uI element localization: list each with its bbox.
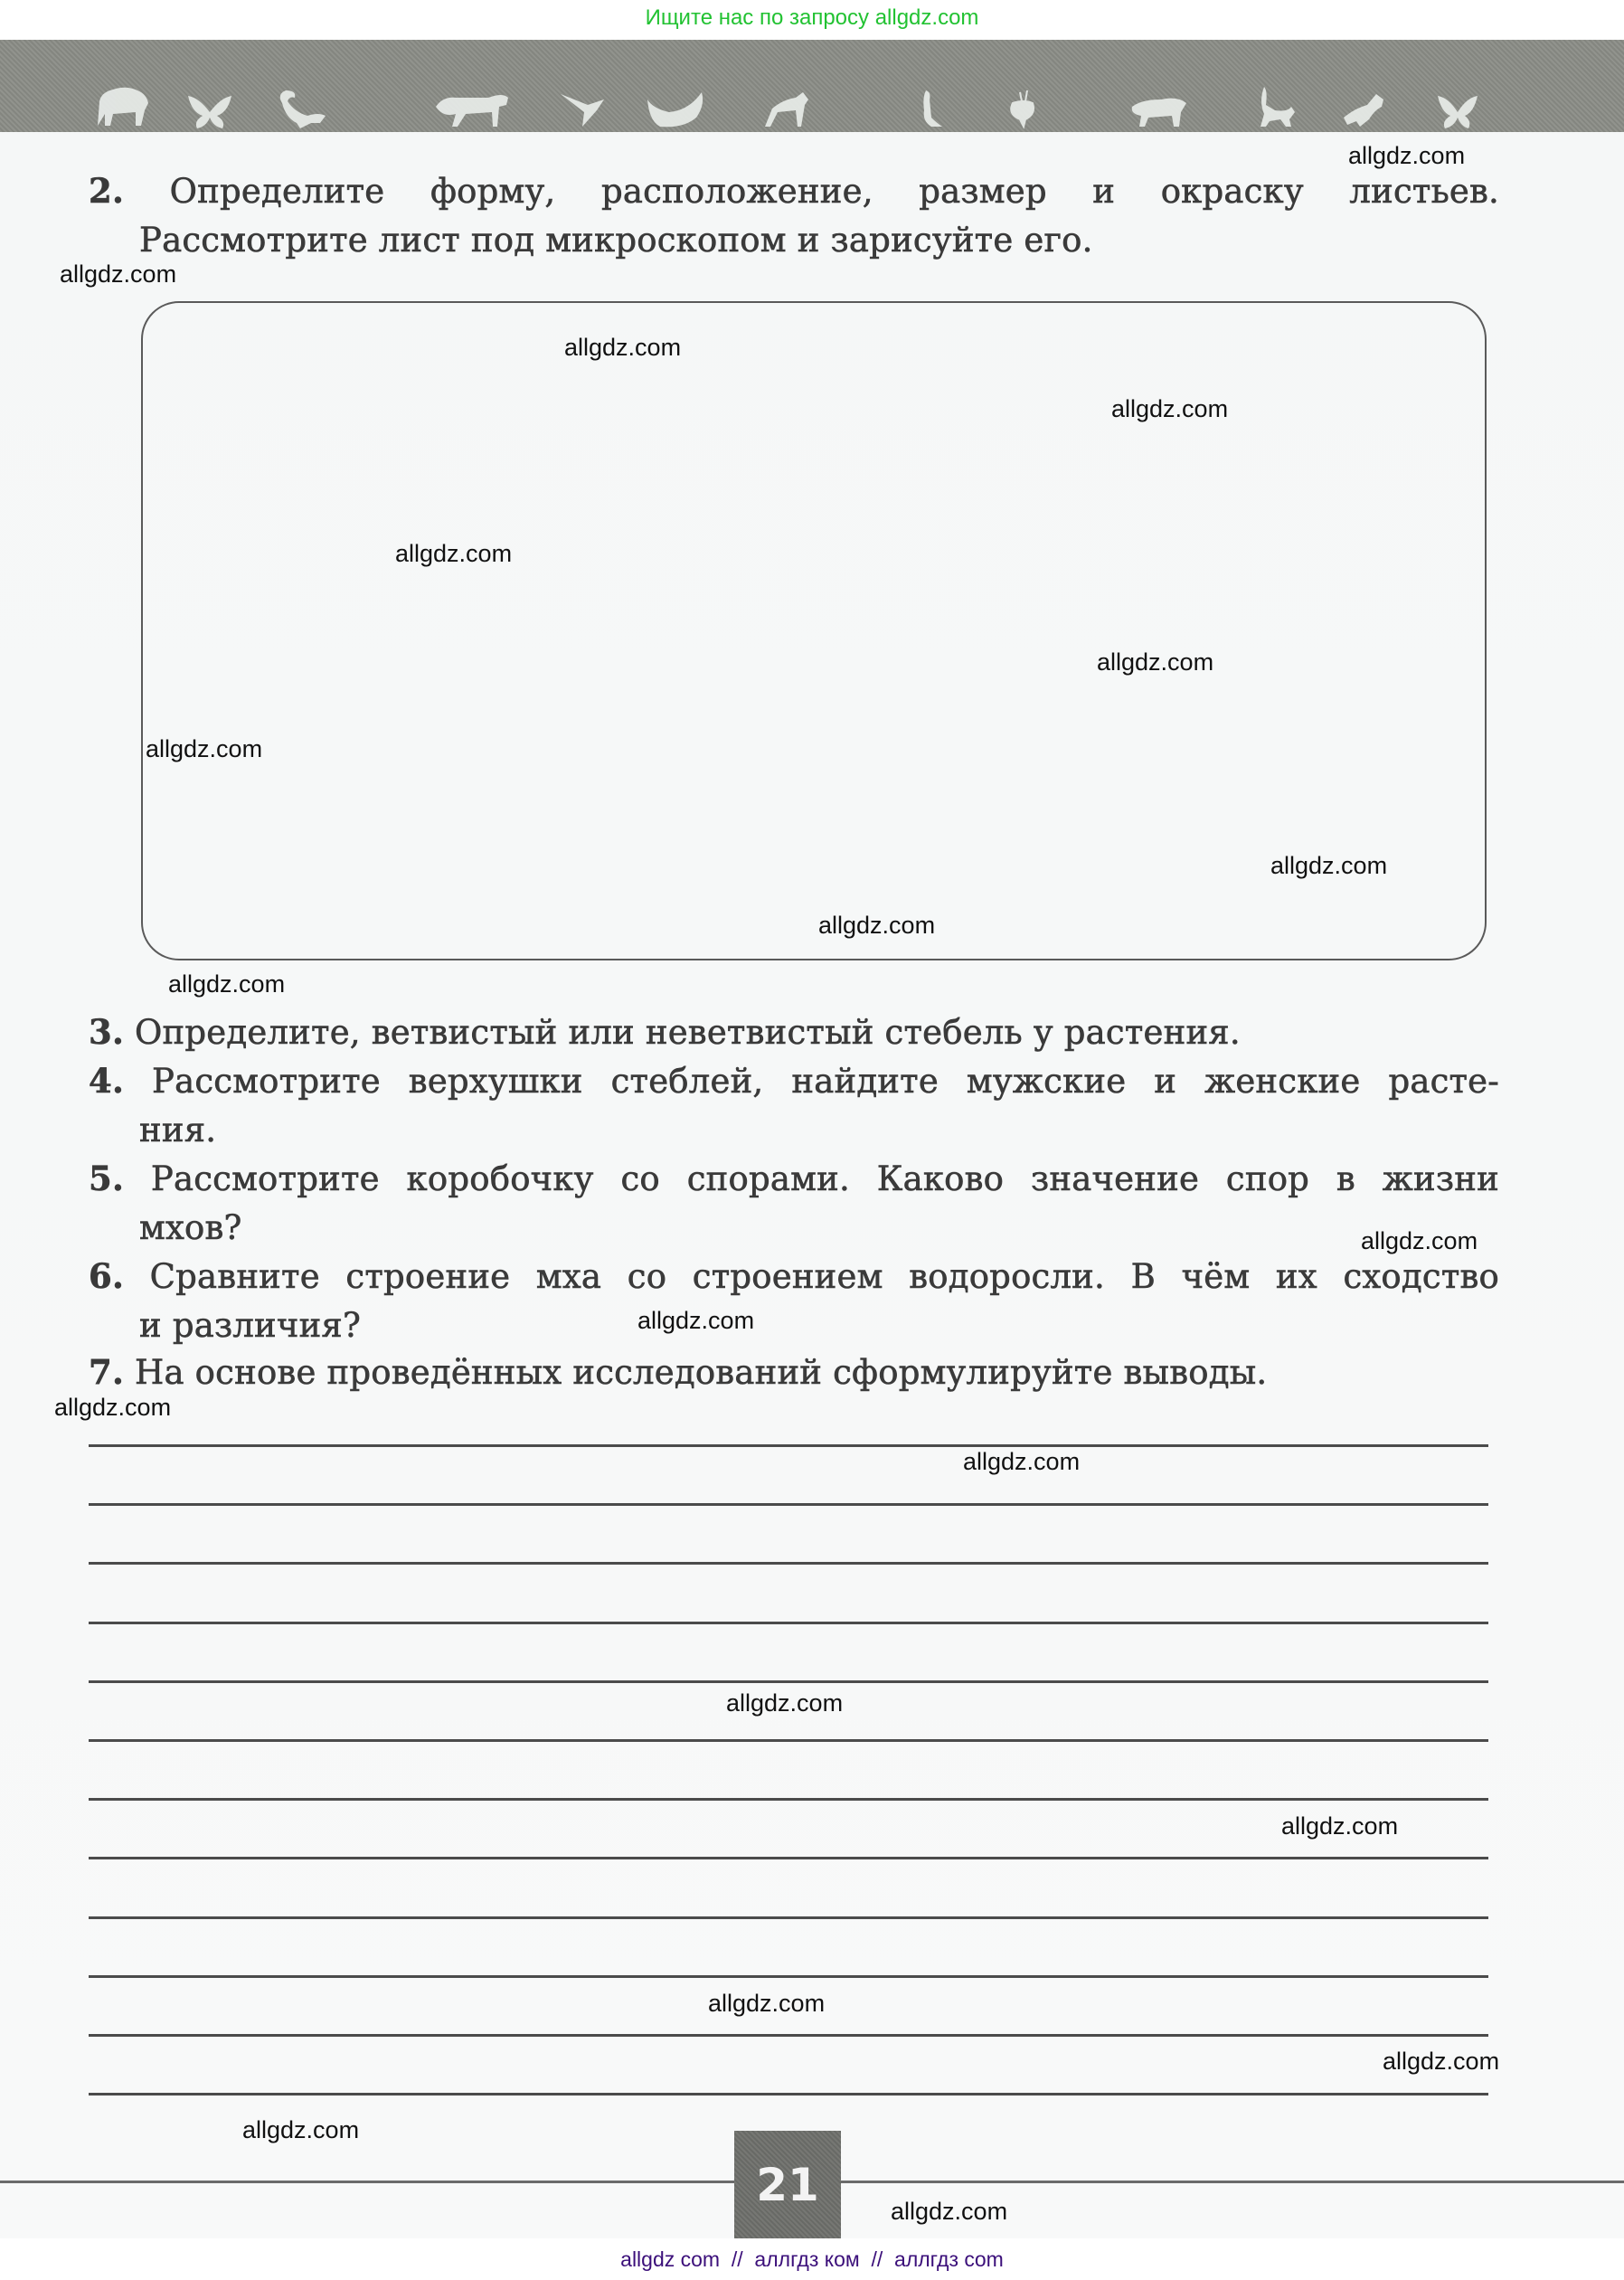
task-text-continuation: ния. [89, 1106, 1499, 1155]
task-number: 5. [89, 1159, 124, 1198]
task-text: Сравните строение мха со строением водор… [150, 1257, 1499, 1296]
answer-line[interactable] [89, 1680, 1488, 1683]
answer-line[interactable] [89, 1857, 1488, 1859]
task-text-continuation: Рассмотрите лист под микроскопом и зарис… [89, 216, 1499, 265]
watermark: allgdz.com [963, 1448, 1080, 1475]
task-text: Рассмотрите коробочку со спорами. Каково… [151, 1159, 1499, 1198]
answer-line[interactable] [89, 1444, 1488, 1447]
watermark: allgdz.com [54, 1394, 171, 1421]
task-text-continuation: и различия? [89, 1301, 1499, 1350]
task-text: Определите форму, расположение, размер и… [170, 172, 1499, 211]
answer-line[interactable] [89, 2034, 1488, 2037]
task-number: 4. [89, 1061, 124, 1101]
task-5: 5. Рассмотрите коробочку со спорами. Как… [89, 1154, 1499, 1253]
task-text-continuation: мхов? [89, 1204, 1499, 1253]
task-6: 6. Сравните строение мха со строением во… [89, 1252, 1499, 1350]
watermark: allgdz.com [818, 912, 935, 939]
task-text: На основе проведённых исследований сформ… [135, 1353, 1267, 1392]
watermark: allgdz.com [1111, 395, 1228, 422]
watermark: allgdz.com [60, 260, 176, 288]
answer-line[interactable] [89, 1916, 1488, 1919]
watermark: allgdz.com [726, 1689, 843, 1717]
answer-line[interactable] [89, 1562, 1488, 1565]
watermark: allgdz.com [1270, 852, 1387, 879]
watermark: allgdz.com [146, 735, 262, 762]
task-4: 4. Рассмотрите верхушки стеблей, найдите… [89, 1056, 1499, 1155]
task-7: 7. На основе проведённых исследований сф… [89, 1348, 1499, 1397]
header-band [0, 40, 1624, 132]
task-2: 2. Определите форму, расположение, разме… [89, 166, 1499, 265]
watermark: allgdz.com [1348, 142, 1465, 169]
watermark: allgdz.com [1281, 1812, 1398, 1840]
animal-silhouettes-icon [0, 40, 1624, 132]
bottom-banner: allgdz com // аллгдз ком // аллгдз com [0, 2238, 1624, 2280]
top-banner-text: Ищите нас по запросу allgdz.com [646, 5, 979, 30]
watermark: allgdz.com [242, 2116, 359, 2143]
task-number: 3. [89, 1012, 124, 1052]
watermark: allgdz.com [1383, 2048, 1499, 2075]
watermark: allgdz.com [564, 334, 681, 361]
task-number: 7. [89, 1352, 124, 1392]
task-text: Рассмотрите верхушки стеблей, найдите му… [152, 1062, 1499, 1101]
answer-line[interactable] [89, 1503, 1488, 1506]
top-banner: Ищите нас по запросу allgdz.com [0, 0, 1624, 40]
task-number: 6. [89, 1256, 124, 1296]
watermark: allgdz.com [637, 1307, 754, 1334]
task-3: 3. Определите, ветвистый или неветвистый… [89, 1008, 1499, 1057]
watermark: allgdz.com [891, 2198, 1007, 2225]
watermark: allgdz.com [168, 970, 285, 998]
watermark: allgdz.com [1097, 648, 1213, 676]
watermark: allgdz.com [708, 1990, 825, 2017]
answer-line[interactable] [89, 1739, 1488, 1742]
watermark: allgdz.com [1361, 1227, 1478, 1254]
bottom-banner-text: allgdz com // аллгдз ком // аллгдз com [620, 2247, 1004, 2271]
page-number: 21 [734, 2131, 841, 2239]
page-number-text: 21 [756, 2159, 819, 2211]
answer-line[interactable] [89, 1975, 1488, 1978]
answer-line[interactable] [89, 1798, 1488, 1801]
answer-line[interactable] [89, 1622, 1488, 1624]
task-number: 2. [89, 171, 124, 211]
watermark: allgdz.com [395, 540, 512, 567]
answer-line[interactable] [89, 2093, 1488, 2096]
task-text: Определите, ветвистый или неветвистый ст… [135, 1013, 1241, 1052]
